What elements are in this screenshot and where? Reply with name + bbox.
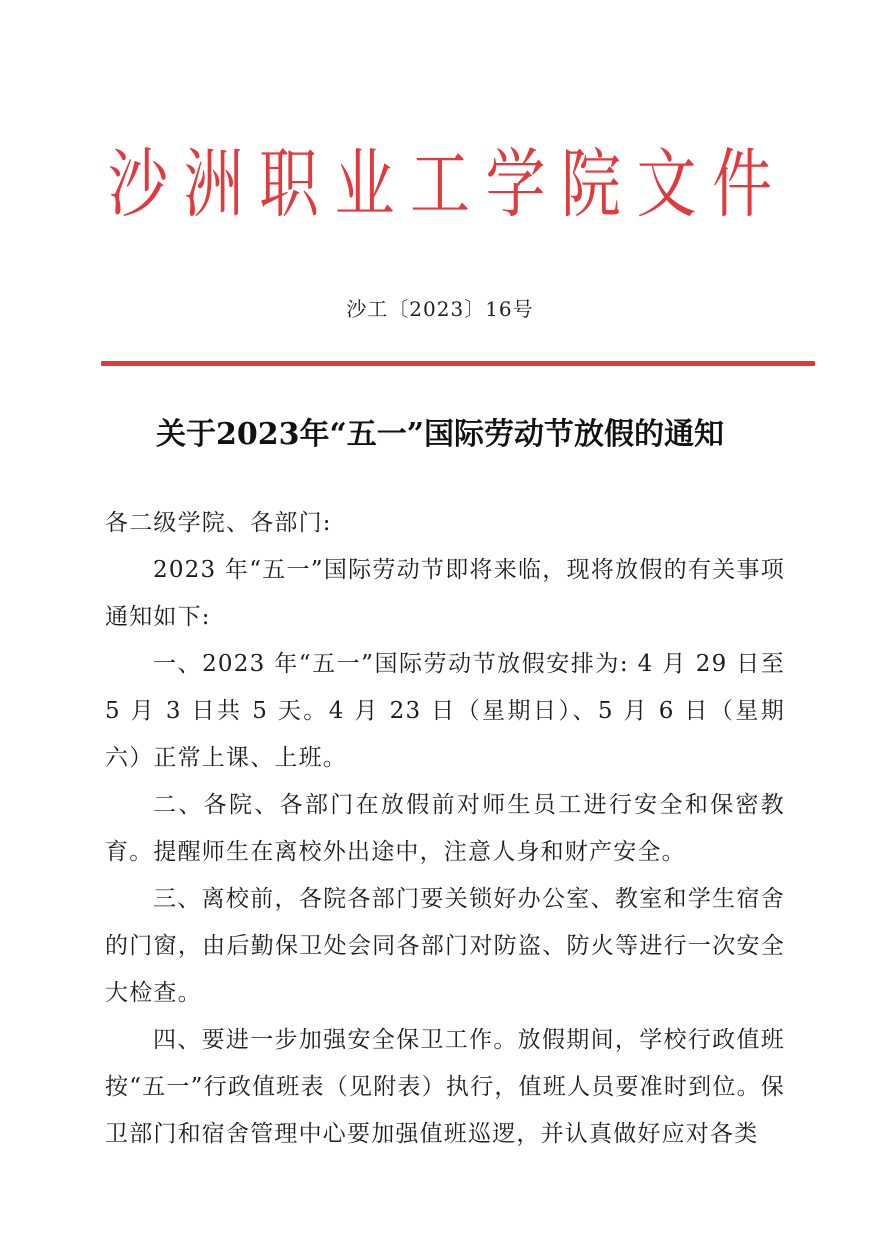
- document-number: 沙工〔2023〕16号: [0, 293, 880, 322]
- masthead-char: 工: [407, 129, 473, 242]
- body-paragraph: 四、要进一步加强安全保卫工作。放假期间，学校行政值班按“五一”行政值班表（见附表…: [105, 1017, 785, 1158]
- masthead-char: 沙: [105, 129, 171, 242]
- document-page: 沙 洲 职 业 工 学 院 文 件 沙工〔2023〕16号 关于2023年“五一…: [0, 0, 880, 1245]
- masthead-char: 洲: [181, 129, 247, 242]
- document-body: 各二级学院、各部门: 2023 年“五一”国际劳动节即将来临，现将放假的有关事项…: [105, 500, 785, 1158]
- masthead-char: 院: [558, 129, 624, 242]
- document-title: 关于2023年“五一”国际劳动节放假的通知: [0, 415, 880, 455]
- body-paragraph: 2023 年“五一”国际劳动节即将来临，现将放假的有关事项通知如下:: [105, 547, 785, 641]
- red-divider-line: [101, 361, 815, 366]
- masthead-char: 学: [483, 129, 549, 242]
- masthead-red-header: 沙 洲 职 业 工 学 院 文 件: [105, 140, 775, 230]
- body-paragraph: 一、2023 年“五一”国际劳动节放假安排为: 4 月 29 日至 5 月 3 …: [105, 641, 785, 782]
- masthead-char: 件: [709, 129, 775, 242]
- body-paragraph: 三、离校前，各院各部门要关锁好办公室、教室和学生宿舍的门窗，由后勤保卫处会同各部…: [105, 876, 785, 1017]
- masthead-char: 业: [332, 129, 398, 242]
- salutation: 各二级学院、各部门:: [105, 500, 785, 547]
- body-paragraph: 二、各院、各部门在放假前对师生员工进行安全和保密教育。提醒师生在离校外出途中，注…: [105, 782, 785, 876]
- masthead-char: 文: [634, 129, 700, 242]
- masthead-char: 职: [256, 129, 322, 242]
